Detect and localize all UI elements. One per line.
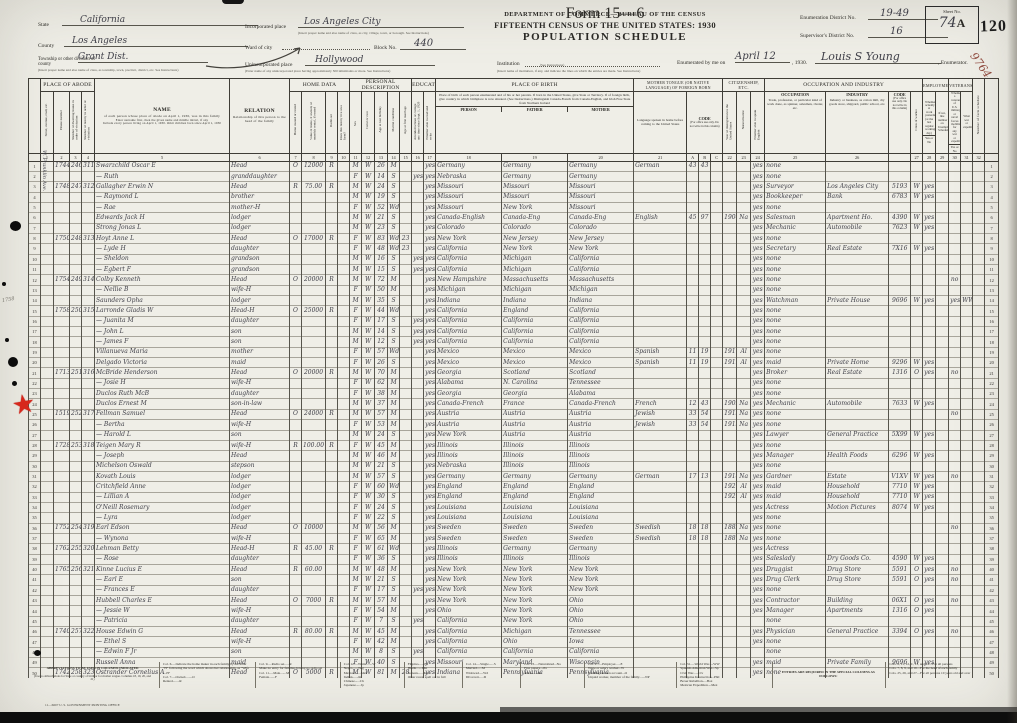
cell-marital: S <box>388 461 400 471</box>
cell-occ: Manager <box>765 451 826 461</box>
cell-imm <box>723 285 737 295</box>
cell-radio <box>326 575 338 585</box>
cell-age: 8 <box>375 647 388 657</box>
cell-imm <box>723 451 737 461</box>
cell-imm <box>723 430 737 440</box>
cell-farm_s <box>973 492 985 502</box>
cell-marital: M <box>388 451 400 461</box>
table-row: 27— Harold LsonMW24SyesNew YorkAustriaAu… <box>29 430 999 440</box>
cell-race: W <box>362 461 375 471</box>
cell-dwelling <box>70 378 82 388</box>
cell-street <box>41 513 54 523</box>
cell-ind: Household <box>826 492 889 502</box>
cell-farm_s <box>973 192 985 202</box>
cell-house <box>54 399 70 409</box>
cell-street <box>41 296 54 306</box>
cell-sex: M <box>350 265 362 275</box>
cell-age_m <box>400 554 412 564</box>
cell-war <box>961 575 973 585</box>
cell-war <box>961 192 973 202</box>
cell-code <box>889 306 911 316</box>
cell-imm <box>723 389 737 399</box>
cell-imm <box>723 182 737 192</box>
cell-ln_l: 9 <box>29 244 41 254</box>
cell-dwelling: 254 <box>70 523 82 533</box>
cell-cC <box>711 265 723 275</box>
cell-cA: 11 <box>687 347 699 357</box>
cell-family <box>82 533 95 543</box>
cell-race: W <box>362 358 375 368</box>
table-row: 10— SheldongrandsonMW16SyesyesCalifornia… <box>29 254 999 264</box>
cell-nat <box>737 389 751 399</box>
cell-own: O <box>290 275 302 285</box>
cell-occ: none <box>765 440 826 450</box>
cell-school <box>412 368 424 378</box>
cell-emp_ln <box>936 430 949 440</box>
cell-read: yes <box>424 554 436 564</box>
cell-occ: Mechanic <box>765 399 826 409</box>
cell-house <box>54 461 70 471</box>
cell-read: yes <box>424 440 436 450</box>
cell-emp <box>923 254 936 264</box>
cell-age: 57 <box>375 347 388 357</box>
cell-age_m <box>400 647 412 657</box>
cell-street <box>41 316 54 326</box>
cell-age_m <box>400 399 412 409</box>
cell-cC <box>711 420 723 430</box>
cell-farm <box>338 627 350 637</box>
cell-ln_r: 7 <box>985 223 999 233</box>
cell-own <box>290 430 302 440</box>
cell-ln_r: 9 <box>985 244 999 254</box>
cell-code <box>889 585 911 595</box>
cell-age_m <box>400 409 412 419</box>
cell-nat <box>737 554 751 564</box>
table-row: 22— Josie Hwife-HFW62MyesAlabamaN. Carol… <box>29 378 999 388</box>
cell-imm <box>723 554 737 564</box>
cell-farm_s <box>973 337 985 347</box>
cell-marital: S <box>388 513 400 523</box>
cell-race: W <box>362 202 375 212</box>
cell-ln_r: 45 <box>985 616 999 626</box>
cell-race: W <box>362 285 375 295</box>
cell-read <box>424 647 436 657</box>
cell-radio <box>326 171 338 181</box>
cell-race: W <box>362 265 375 275</box>
cell-b_person: Georgia <box>436 368 502 378</box>
cell-tongue <box>634 513 687 523</box>
cell-own <box>290 327 302 337</box>
cell-occ: none <box>765 265 826 275</box>
cell-cB <box>699 275 711 285</box>
cell-code <box>889 233 911 243</box>
cell-value: 60.00 <box>302 564 326 574</box>
cell-tongue <box>634 192 687 202</box>
cell-name: — Lillian A <box>95 492 230 502</box>
cell-school <box>412 275 424 285</box>
cell-code: 7633 <box>889 399 911 409</box>
cell-farm_s <box>973 627 985 637</box>
cell-war <box>961 399 973 409</box>
cell-cC <box>711 233 723 243</box>
cell-school <box>412 347 424 357</box>
cell-b_person: England <box>436 482 502 492</box>
cell-own: R <box>290 182 302 192</box>
cell-age_m <box>400 265 412 275</box>
cell-marital: Wd <box>388 544 400 554</box>
cell-ln_r: 10 <box>985 254 999 264</box>
cell-read: yes <box>424 637 436 647</box>
cell-emp_ln <box>936 192 949 202</box>
cell-cB: 54 <box>699 420 711 430</box>
cell-b_mother: England <box>568 492 634 502</box>
cell-nat <box>737 202 751 212</box>
cell-imm: 1911 <box>723 347 737 357</box>
cell-code: 4390 <box>889 213 911 223</box>
cell-vet: no <box>949 564 961 574</box>
cell-own <box>290 533 302 543</box>
cell-school <box>412 296 424 306</box>
cell-farm <box>338 482 350 492</box>
cell-eng: yes <box>751 492 765 502</box>
enumerator-suffix: , Enumerator. <box>938 60 968 66</box>
cell-tongue: Jewish <box>634 420 687 430</box>
cell-ln_r: 8 <box>985 233 999 243</box>
table-row: 17— John LsonMW14SyesyesCaliforniaCalifo… <box>29 327 999 337</box>
table-row: 121754249314Colby KennethHeadO20000RMW72… <box>29 275 999 285</box>
cell-race: W <box>362 533 375 543</box>
cell-ln_l: 14 <box>29 296 41 306</box>
cell-marital: M <box>388 533 400 543</box>
cell-read: yes <box>424 161 436 171</box>
cell-marital: M <box>388 606 400 616</box>
cell-value: 24000 <box>302 409 326 419</box>
census-title: FIFTEENTH CENSUS OF THE UNITED STATES: 1… <box>460 20 750 30</box>
cell-cB <box>699 492 711 502</box>
cell-cA <box>687 254 699 264</box>
col-number: 13 <box>375 153 388 161</box>
cell-war <box>961 647 973 657</box>
cell-dwelling <box>70 585 82 595</box>
cell-cls: W <box>911 244 923 254</box>
cell-value <box>302 554 326 564</box>
col-number <box>29 153 41 161</box>
table-row: 34O'Neill RosemarylodgerFW24SyesLouisian… <box>29 502 999 512</box>
cell-cC <box>711 554 723 564</box>
cell-cA <box>687 275 699 285</box>
cell-emp: yes <box>923 451 936 461</box>
cell-street <box>41 337 54 347</box>
cell-emp_ln <box>936 244 949 254</box>
cell-ln_l: 29 <box>29 451 41 461</box>
arrow-annotation-icon <box>200 40 310 70</box>
cell-ind: Apartment Ho. <box>826 213 889 223</box>
cell-nat <box>737 647 751 657</box>
cell-farm <box>338 616 350 626</box>
cell-occ: none <box>765 533 826 543</box>
cell-cC <box>711 389 723 399</box>
cell-value <box>302 213 326 223</box>
cell-b_mother: Colorado <box>568 223 634 233</box>
cell-age_m <box>400 616 412 626</box>
cell-tongue: English <box>634 213 687 223</box>
cell-ln_r: 28 <box>985 440 999 450</box>
cell-b_mother: Michigan <box>568 285 634 295</box>
col-number: 28 <box>923 153 936 161</box>
cell-own: O <box>290 233 302 243</box>
cell-age_m <box>400 378 412 388</box>
cell-dwelling: 250 <box>70 306 82 316</box>
cell-school: yes <box>412 616 424 626</box>
cell-dwelling <box>70 461 82 471</box>
cell-ind: Private Home <box>826 358 889 368</box>
cell-school <box>412 451 424 461</box>
cell-own <box>290 471 302 481</box>
cell-value: 7000 <box>302 596 326 606</box>
cell-war <box>961 513 973 523</box>
cell-radio <box>326 523 338 533</box>
cell-school: yes <box>412 337 424 347</box>
cell-eng: yes <box>751 409 765 419</box>
cell-school <box>412 554 424 564</box>
cell-war: WW <box>961 296 973 306</box>
cell-cB: 19 <box>699 347 711 357</box>
cell-radio <box>326 637 338 647</box>
cell-cC <box>711 637 723 647</box>
cell-war <box>961 502 973 512</box>
cell-house <box>54 554 70 564</box>
cell-street <box>41 306 54 316</box>
cell-radio <box>326 244 338 254</box>
cell-age: 19 <box>375 192 388 202</box>
cell-own: O <box>290 368 302 378</box>
cell-sex: F <box>350 347 362 357</box>
cell-street <box>41 378 54 388</box>
cell-tongue <box>634 585 687 595</box>
column-number-row: 123456789101112131415161718192021ABC2223… <box>29 153 999 161</box>
cell-occ: Contractor <box>765 596 826 606</box>
cell-relation: wife-H <box>230 606 290 616</box>
col-group-veterans: VETERANS <box>949 79 973 92</box>
cell-family <box>82 637 95 647</box>
cell-age: 21 <box>375 575 388 585</box>
cell-race: W <box>362 337 375 347</box>
cell-marital: S <box>388 192 400 202</box>
cell-read: yes <box>424 275 436 285</box>
cell-relation: lodger <box>230 213 290 223</box>
cell-sex: F <box>350 606 362 616</box>
cell-ln_l: 13 <box>29 285 41 295</box>
cell-eng: yes <box>751 596 765 606</box>
cell-name: — Lyra <box>95 513 230 523</box>
cell-eng: yes <box>751 213 765 223</box>
cell-own <box>290 554 302 564</box>
cell-cls <box>911 616 923 626</box>
cell-school <box>412 213 424 223</box>
cell-race: W <box>362 306 375 316</box>
cell-street <box>41 585 54 595</box>
cell-farm_s <box>973 647 985 657</box>
cell-read: yes <box>424 420 436 430</box>
cell-cC <box>711 471 723 481</box>
cell-value: 20000 <box>302 368 326 378</box>
cell-vet <box>949 606 961 616</box>
cell-ln_l: 3 <box>29 182 41 192</box>
cell-b_mother: Canada-French <box>568 399 634 409</box>
cell-relation: mother <box>230 347 290 357</box>
cell-nat <box>737 627 751 637</box>
cell-own <box>290 482 302 492</box>
cell-vet <box>949 223 961 233</box>
cell-cA <box>687 647 699 657</box>
cell-street <box>41 265 54 275</box>
cell-read: yes <box>424 327 436 337</box>
table-row: 45— PatriciadaughterFW7SyesCaliforniaNew… <box>29 616 999 626</box>
cell-b_mother: Germany <box>568 161 634 171</box>
cell-cls: W <box>911 192 923 202</box>
cell-family <box>82 254 95 264</box>
cell-relation: lodger <box>230 502 290 512</box>
cell-b_father: Illinois <box>502 451 568 461</box>
cell-ln_r: 41 <box>985 575 999 585</box>
cell-ln_l: 11 <box>29 265 41 275</box>
col-number: 19 <box>502 153 568 161</box>
cell-house <box>54 327 70 337</box>
col-number: 5 <box>95 153 230 161</box>
cell-occ: none <box>765 275 826 285</box>
cell-emp: yes <box>923 482 936 492</box>
cell-cls <box>911 461 923 471</box>
cell-imm <box>723 606 737 616</box>
cell-age_m <box>400 285 412 295</box>
cell-cC <box>711 585 723 595</box>
cell-farm <box>338 161 350 171</box>
cell-relation: grandson <box>230 265 290 275</box>
cell-vet: no <box>949 409 961 419</box>
cell-vet <box>949 554 961 564</box>
cell-marital: S <box>388 502 400 512</box>
cell-age: 57 <box>375 409 388 419</box>
cell-eng <box>751 647 765 657</box>
cell-cB: 19 <box>699 358 711 368</box>
print-code: 11—6607 U. S. GOVERNMENT PRINTING OFFICE <box>45 703 120 707</box>
col-number <box>985 153 999 161</box>
cell-b_mother: California <box>568 327 634 337</box>
cell-name: — Nellie B <box>95 285 230 295</box>
scan-artifact <box>222 0 244 4</box>
cell-cC <box>711 461 723 471</box>
cell-farm <box>338 306 350 316</box>
cell-b_mother: Germany <box>568 544 634 554</box>
cell-school <box>412 420 424 430</box>
cell-race: W <box>362 471 375 481</box>
cell-own <box>290 265 302 275</box>
cell-tongue <box>634 368 687 378</box>
cell-tongue <box>634 440 687 450</box>
enumerated-label: Enumerated by me on <box>677 60 725 66</box>
cell-age: 24 <box>375 430 388 440</box>
cell-cA <box>687 492 699 502</box>
cell-b_father: Germany <box>502 471 568 481</box>
cell-tongue: German <box>634 471 687 481</box>
cell-b_person: New York <box>436 585 502 595</box>
cell-vet <box>949 492 961 502</box>
cell-age_m <box>400 223 412 233</box>
scan-artifact <box>0 712 1017 723</box>
cell-nat <box>737 440 751 450</box>
cell-farm <box>338 606 350 616</box>
cell-emp_ln <box>936 275 949 285</box>
cell-cC <box>711 544 723 554</box>
col-sex: Sex <box>350 92 362 154</box>
col-number: 32 <box>973 153 985 161</box>
cell-farm <box>338 585 350 595</box>
cell-emp <box>923 420 936 430</box>
col-number: 31 <box>961 153 973 161</box>
cell-cA <box>687 482 699 492</box>
cell-name: — Rae <box>95 202 230 212</box>
cell-family <box>82 202 95 212</box>
cell-ln_l: 10 <box>29 254 41 264</box>
cell-cls <box>911 420 923 430</box>
cell-occ: maid <box>765 358 826 368</box>
cell-cls: W <box>911 482 923 492</box>
cell-family <box>82 378 95 388</box>
cell-vet <box>949 285 961 295</box>
cell-b_father: Sweden <box>502 523 568 533</box>
cell-cC <box>711 513 723 523</box>
cell-race: W <box>362 575 375 585</box>
cell-family <box>82 492 95 502</box>
cell-radio <box>326 296 338 306</box>
cell-age: 14 <box>375 171 388 181</box>
cell-occ: none <box>765 202 826 212</box>
cell-cC <box>711 213 723 223</box>
cell-house <box>54 430 70 440</box>
cell-imm <box>723 275 737 285</box>
cell-cls: W <box>911 399 923 409</box>
cell-relation: Head <box>230 275 290 285</box>
cell-sex: M <box>350 327 362 337</box>
cell-vet: no <box>949 575 961 585</box>
cell-age: 15 <box>375 265 388 275</box>
cell-house <box>54 596 70 606</box>
cell-name: Gallagher Erwin N <box>95 182 230 192</box>
cell-ln_l: 6 <box>29 213 41 223</box>
cell-sex: F <box>350 420 362 430</box>
cell-sex: M <box>350 399 362 409</box>
cell-nat <box>737 461 751 471</box>
cell-ind <box>826 285 889 295</box>
col-number: 11 <box>350 153 362 161</box>
cell-house <box>54 637 70 647</box>
cell-b_mother: Louisiana <box>568 502 634 512</box>
cell-sex: M <box>350 213 362 223</box>
cell-radio: R <box>326 275 338 285</box>
cell-cC <box>711 492 723 502</box>
table-row: 4— Raymond LbrotherMW19SyesMissouriMisso… <box>29 192 999 202</box>
table-row: 23Duclos Ruth McBdaughterFW38MyesGeorgia… <box>29 389 999 399</box>
cell-nat: Na <box>737 420 751 430</box>
cell-cA: 33 <box>687 409 699 419</box>
cell-farm <box>338 389 350 399</box>
cell-b_mother: California <box>568 254 634 264</box>
cell-marital: S <box>388 358 400 368</box>
cell-imm <box>723 596 737 606</box>
cell-b_person: Canada-English <box>436 213 502 223</box>
col-radio-set: Radio set <box>326 92 338 154</box>
cell-name: House Edwin G <box>95 627 230 637</box>
